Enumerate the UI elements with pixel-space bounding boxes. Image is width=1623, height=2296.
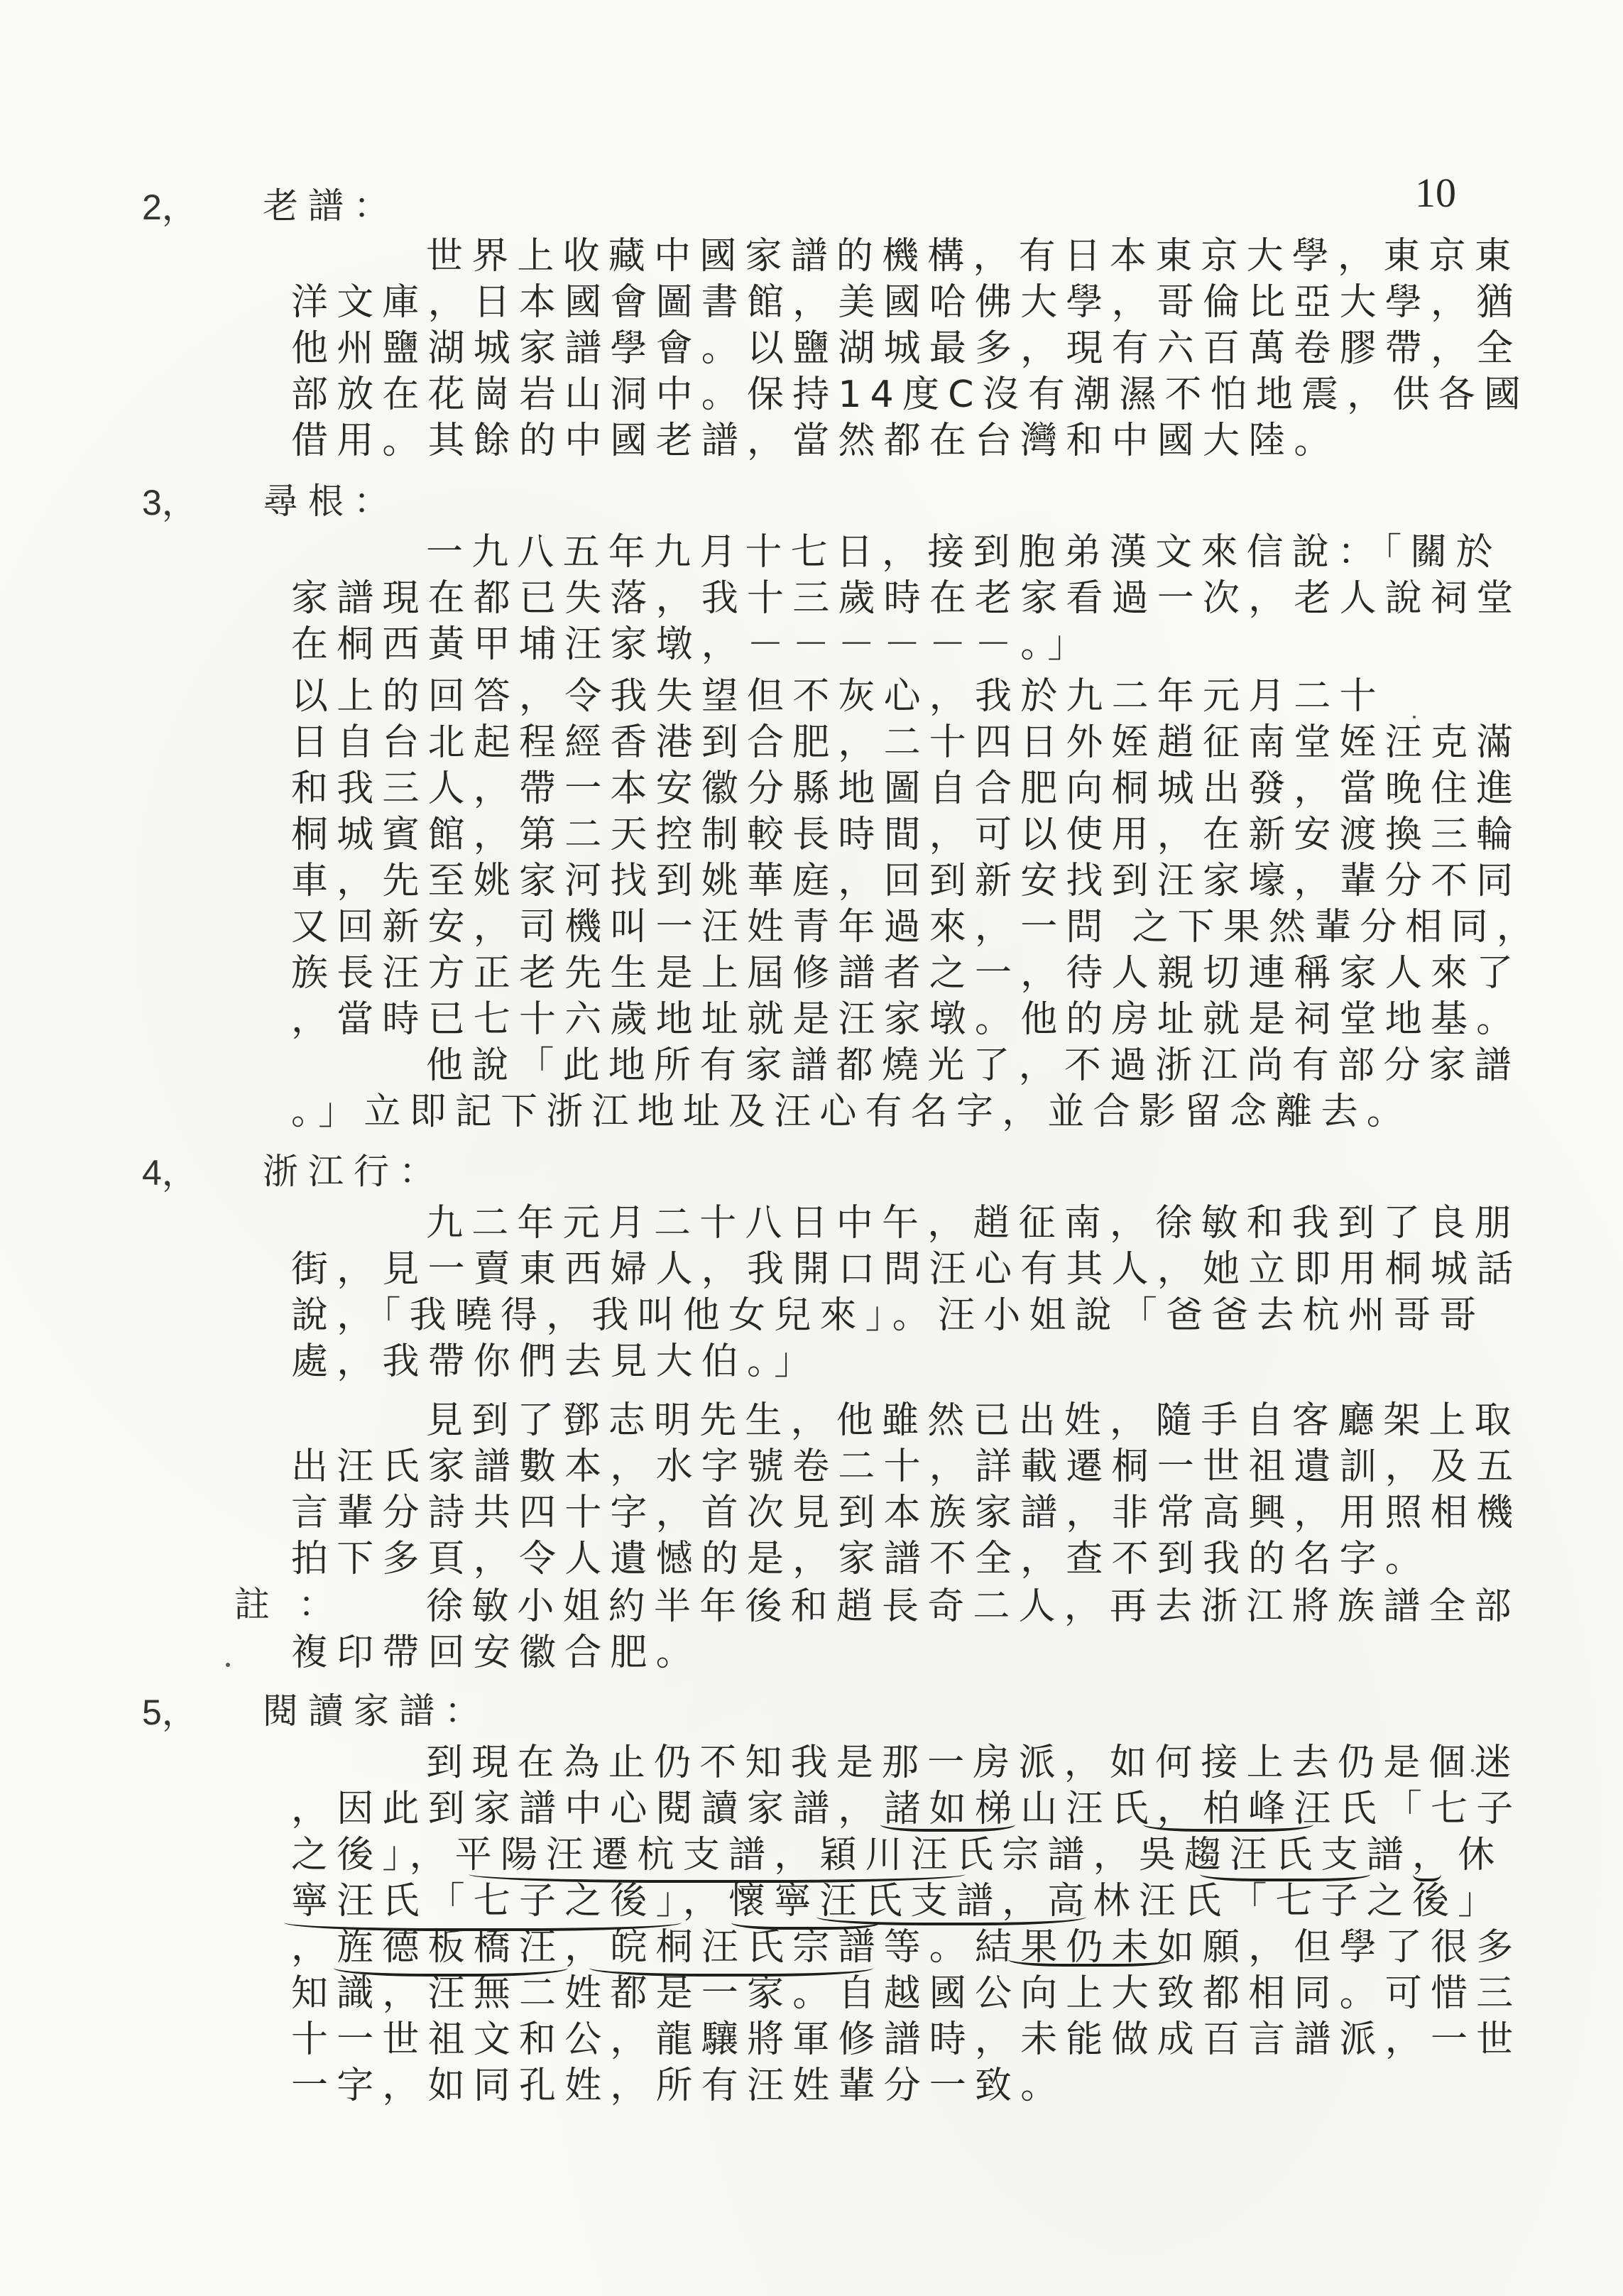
text-line: 出汪氏家譜數本，水字號卷二十，詳載遷桐一世祖遺訓，及五 — [291, 1436, 1521, 1489]
text-line: 日自台北起程經香港到合肥，二十四日外姪趙征南堂姪汪克滿 — [291, 712, 1521, 765]
document-page: 10 2， 老譜： 世界上收藏中國家譜的機構，有日本東京大學，東京東 洋文庫，日… — [0, 0, 1623, 2296]
text-line: 桐城賓館，第二天控制較長時間，可以使用，在新安渡換三輪 — [291, 804, 1521, 858]
text-line: 他說「此地所有家譜都燒光了，不過浙江尚有部分家譜 — [426, 1035, 1520, 1088]
text-line: 世界上收藏中國家譜的機構，有日本東京大學，東京東 — [426, 226, 1520, 279]
note-line: 徐敏小姐約半年後和趙長奇二人，再去浙江將族譜全部 — [426, 1576, 1520, 1629]
section-title: 尋根： — [263, 473, 399, 524]
text-line: 到現在為止仍不知我是那一房派，如何接上去仍是個迷 — [426, 1732, 1520, 1786]
text-line: 見到了鄧志明先生，他雖然已出姓，隨手自客廳架上取 — [426, 1390, 1520, 1443]
text-line: 他州鹽湖城家譜學會。以鹽湖城最多，現有六百萬卷膠帶，全 — [291, 318, 1521, 371]
section-number: 2， — [142, 179, 197, 230]
note-label: 註： — [234, 1576, 362, 1627]
text-line: 言輩分詩共四十字，首次見到本族家譜，非常高興，用照相機 — [291, 1482, 1521, 1536]
section-title: 浙江行： — [263, 1143, 444, 1194]
text-line: 又回新安，司機叫一汪姓青年過來，一問 之下果然輩分相同， — [291, 897, 1542, 950]
text-line: 族長汪方正老先生是上屆修譜者之一，待人親切連稱家人來了 — [291, 943, 1521, 996]
text-line: 洋文庫，日本國會圖書館，美國哈佛大學，哥倫比亞大學，猶 — [291, 272, 1521, 325]
scan-speck — [226, 1663, 230, 1667]
section-number: 3， — [142, 474, 197, 525]
section-title: 老譜： — [263, 177, 399, 229]
section-title: 閱讀家譜： — [263, 1683, 490, 1734]
text-line: 在桐西黃甲埔汪家墩，－－－－－－。」 — [291, 614, 1093, 667]
text-line: 車，先至姚家河找到姚華庭，回到新安找到汪家壕，輩分不同 — [291, 851, 1521, 904]
scan-speck — [1471, 1769, 1474, 1772]
text-line: 家譜現在都已失落，我十三歲時在老家看過一次，老人說祠堂 — [291, 568, 1521, 621]
text-line: 以上的回答，令我失望但不灰心，我於九二年元月二十 — [291, 666, 1385, 719]
text-line: 街，見一賣東西婦人，我開口問汪心有其人，她立即用桐城話 — [291, 1239, 1521, 1292]
text-line: 之後」，平陽汪遷杭支譜，穎川汪氏宗譜，吳趨汪氏支譜，休 — [291, 1825, 1503, 1878]
text-line: 拍下多頁，令人遺憾的是，家譜不全，查不到我的名字。 — [291, 1529, 1431, 1582]
page-number: 10 — [1415, 169, 1456, 217]
text-line: 九二年元月二十八日中午，趙征南，徐敏和我到了良朋 — [426, 1193, 1520, 1246]
section-number: 5， — [142, 1684, 197, 1735]
note-line: 複印帶回安徽合肥。 — [291, 1622, 701, 1675]
section-number: 4， — [142, 1144, 197, 1196]
text-line: 。」立即記下浙江地址及汪心有名字，並合影留念離去。 — [291, 1081, 1412, 1135]
text-line: 部放在花崗岩山洞中。保持14度C沒有潮濕不怕地震，供各國 — [291, 364, 1529, 417]
text-line: 十一世祖文和公，龍驤將軍修譜時，未能做成百言譜派，一世 — [291, 2009, 1521, 2062]
text-line: 和我三人，帶一本安徽分縣地圖自合肥向桐城出發，當晚住進 — [291, 758, 1521, 811]
text-line: 借用。其餘的中國老譜，當然都在台灣和中國大陸。 — [291, 410, 1340, 464]
scan-speck — [1413, 716, 1416, 718]
text-line: 一字，如同孔姓，所有汪姓輩分一致。 — [291, 2055, 1066, 2109]
text-line: 說，「我曉得，我叫他女兒來」。汪小姐說「爸爸去杭州哥哥 — [291, 1285, 1485, 1338]
text-line: ，當時已七十六歲地址就是汪家墩。他的房址就是祠堂地基。 — [291, 989, 1521, 1042]
text-line: 一九八五年九月十七日，接到胞弟漢文來信說：「關於 — [426, 522, 1502, 575]
text-line: ，因此到家譜中心閱讀家譜，諸如梯山汪氏，柏峰汪氏「七子 — [291, 1778, 1521, 1832]
text-line: 處，我帶你們去見大伯。」 — [291, 1331, 819, 1384]
